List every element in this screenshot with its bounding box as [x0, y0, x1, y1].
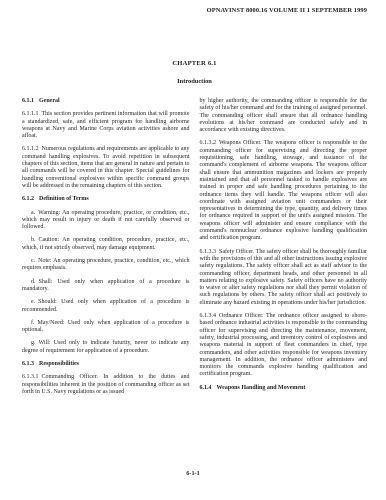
heading-number: 6.1.3: [22, 361, 34, 367]
paragraph-number: 6.1.1.2: [22, 146, 39, 152]
two-column-body: 6.1.1General 6.1.1.1This section provide…: [22, 98, 367, 402]
definition-item-g: g.Will: Used only to indicate futurity, …: [22, 340, 190, 355]
paragraph-number: 6.1.3.4: [200, 313, 217, 319]
section-heading-6-1-2: 6.1.2Definition of Terms: [22, 196, 190, 203]
paragraph-number: 6.1.3.2: [200, 140, 217, 146]
paragraph-text: by higher authority, the commanding offi…: [200, 98, 368, 133]
section-subtitle: Introduction: [22, 78, 367, 85]
paragraph-text: Ordnance Officer. The ordnance officer a…: [200, 313, 368, 377]
definition-item-f: f.May/Need: Used only when application o…: [22, 320, 190, 335]
definition-item-b: b.Caution: An operating condition, proce…: [22, 237, 190, 252]
definition-item-e: e.Should: Used only when application of …: [22, 299, 190, 314]
section-heading-6-1-3: 6.1.3Responsibilities: [22, 361, 190, 368]
item-text: May/Need: Used only when application of …: [22, 320, 190, 333]
item-letter: f.: [31, 320, 35, 326]
document-header: OPNAVINST 8000.16 VOLUME II 1 SEPTEMBER …: [22, 7, 367, 14]
definition-item-a: a.Warning: An operating procedure, pract…: [22, 210, 190, 232]
paragraph-number: 6.1.3.3: [200, 249, 217, 255]
heading-number: 6.1.4: [200, 385, 212, 391]
paragraph-text: Weapons Officer. The weapons officer is …: [200, 140, 368, 241]
paragraph-text: Safety Officer. The safety officer shall…: [200, 249, 368, 306]
paragraph-text: This section provides pertinent informat…: [22, 111, 190, 139]
item-text: Should: Used only when application of a …: [22, 299, 190, 312]
document-page: OPNAVINST 8000.16 VOLUME II 1 SEPTEMBER …: [0, 0, 386, 500]
definition-item-d: d.Shall: Used only when application of a…: [22, 279, 190, 294]
item-text: Warning: An operating procedure, practic…: [22, 210, 190, 231]
item-letter: b.: [31, 237, 36, 243]
paragraph-6-1-3-2: 6.1.3.2Weapons Officer. The weapons offi…: [200, 140, 368, 242]
paragraph-text: Commanding Officer. In addition to the d…: [22, 374, 190, 395]
heading-text: Responsibilities: [39, 361, 79, 367]
item-letter: c.: [31, 258, 35, 264]
heading-text: Weapons Handling and Movement: [217, 385, 306, 391]
paragraph-continuation: by higher authority, the commanding offi…: [200, 98, 368, 134]
item-letter: e.: [31, 299, 35, 305]
left-column: 6.1.1General 6.1.1.1This section provide…: [22, 98, 190, 402]
item-text: Will: Used only to indicate futurity, ne…: [22, 340, 190, 353]
item-text: Note: An operating procedure, practice, …: [22, 258, 190, 271]
right-column: by higher authority, the commanding offi…: [200, 98, 368, 402]
heading-number: 6.1.2: [22, 196, 34, 202]
paragraph-number: 6.1.1.1: [22, 111, 39, 117]
heading-number: 6.1.1: [22, 98, 34, 104]
paragraph-6-1-1-2: 6.1.1.2Numerous regulations and requirem…: [22, 146, 190, 190]
page-number: 6-1-1: [0, 470, 386, 477]
item-text: Caution: An operating condition, procedu…: [22, 237, 190, 250]
heading-text: General: [39, 98, 60, 104]
paragraph-6-1-3-1: 6.1.3.1Commanding Officer. In addition t…: [22, 374, 190, 396]
paragraph-6-1-3-3: 6.1.3.3Safety Officer. The safety office…: [200, 249, 368, 307]
paragraph-text: Numerous regulations and requirements ar…: [22, 146, 190, 188]
section-heading-6-1-1: 6.1.1General: [22, 98, 190, 105]
definition-item-c: c.Note: An operating procedure, practice…: [22, 258, 190, 273]
section-heading-6-1-4: 6.1.4Weapons Handling and Movement: [200, 385, 368, 392]
paragraph-6-1-3-4: 6.1.3.4Ordnance Officer. The ordnance of…: [200, 313, 368, 379]
item-letter: a.: [31, 210, 35, 216]
paragraph-6-1-1-1: 6.1.1.1This section provides pertinent i…: [22, 111, 190, 140]
item-letter: g.: [31, 340, 36, 346]
chapter-title: CHAPTER 6.1: [22, 60, 367, 67]
item-text: Shall: Used only when application of a p…: [22, 279, 190, 292]
heading-text: Definition of Terms: [39, 196, 89, 202]
item-letter: d.: [31, 279, 36, 285]
paragraph-number: 6.1.3.1: [22, 374, 39, 380]
